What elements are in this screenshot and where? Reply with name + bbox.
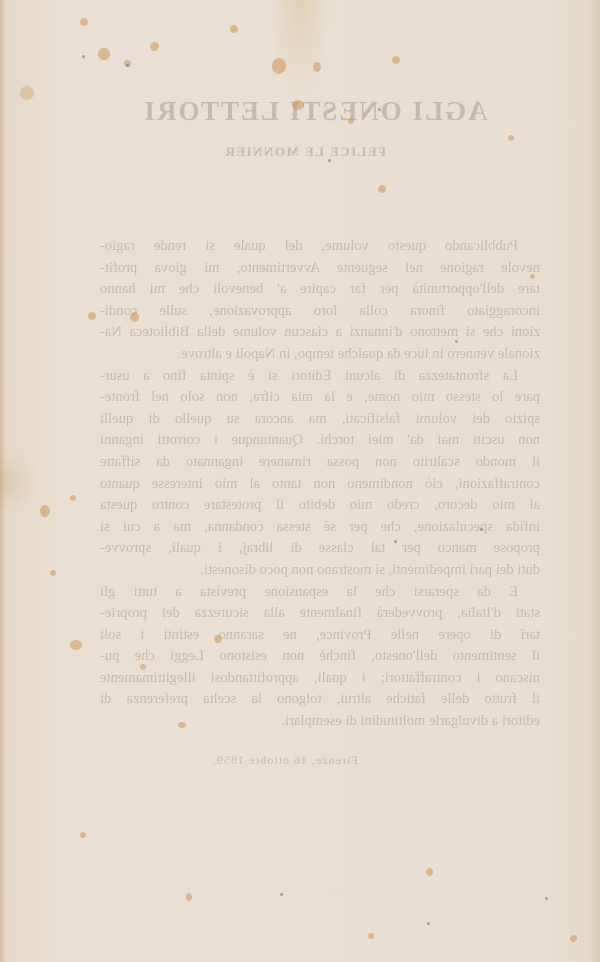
bleed-line: propose manco per tal classe di libraj, … xyxy=(100,538,540,560)
speck xyxy=(328,159,331,162)
speck xyxy=(427,922,430,925)
speck xyxy=(394,540,397,543)
foxing-spot xyxy=(70,495,76,501)
bleed-subtitle: FELICE LE MONNIER xyxy=(100,144,540,160)
bleed-line: il sentimento dell'onesto, finchè non es… xyxy=(100,646,540,668)
bleed-line: incoraggiato finora colla loro approvazi… xyxy=(100,301,540,323)
foxing-spot xyxy=(530,274,535,279)
bleed-line: contraffazioni, ciò nondimeno non tanto … xyxy=(100,474,540,496)
bleed-line: tarî di opere nelle Province, ne saranno… xyxy=(100,625,540,647)
foxing-spot xyxy=(292,100,304,110)
foxing-spot xyxy=(508,135,514,141)
page-left-edge-stain xyxy=(0,0,6,962)
foxing-spot xyxy=(392,56,400,64)
speck xyxy=(82,55,85,58)
bleed-line: niscano i contraffattori; i quali, appro… xyxy=(100,668,540,690)
foxing-spot xyxy=(378,185,386,193)
foxing-spot xyxy=(130,312,139,322)
bleed-line: zionale vennero in luce da qualche tempo… xyxy=(100,344,540,366)
foxing-spot xyxy=(40,505,50,517)
bleed-line: Pubblicando questo volume, del quale si … xyxy=(100,236,540,258)
bleed-line: zioni che si mettono d'innanzi a ciascun… xyxy=(100,322,540,344)
bleed-signature: Firenze, 16 ottobre 1859. xyxy=(100,753,540,768)
bleed-line: infida speculazione, che per sé stessa c… xyxy=(100,517,540,539)
bleed-title: AGLI ONESTI LETTORI xyxy=(100,96,540,126)
bleed-line: spizio dei volumi falsificati, ma ancora… xyxy=(100,409,540,431)
foxing-spot xyxy=(214,635,222,643)
bleed-line: nevole ragione nel seguente Avvertimento… xyxy=(100,258,540,280)
foxing-spot xyxy=(348,118,354,124)
foxing-spot xyxy=(313,62,321,72)
foxing-spot xyxy=(88,312,96,320)
bleed-line: pare lo stesso mio nome, e la mia cifra,… xyxy=(100,387,540,409)
speck xyxy=(545,897,548,900)
bleed-body: Pubblicando questo volume, del quale si … xyxy=(100,236,540,733)
foxing-spot xyxy=(80,832,86,838)
bleed-line: il mondo scaltrito non possa rimanere in… xyxy=(100,452,540,474)
foxing-spot xyxy=(50,570,56,576)
bleed-line: al mio decoro, credo mio debito il prote… xyxy=(100,495,540,517)
bleed-line: stati d'Italia, provvederà finalmente al… xyxy=(100,603,540,625)
bleed-line: tare dell'opportunità per far capire a' … xyxy=(100,279,540,301)
foxing-spot xyxy=(272,58,286,74)
bleed-line: La sfrontatezza di alcuni Editori si è s… xyxy=(100,366,540,388)
bleed-line: non usciti mai da' miei torchi. Quantunq… xyxy=(100,430,540,452)
speck xyxy=(280,893,283,896)
foxing-spot xyxy=(150,42,159,51)
bleed-line: duti dei pari impedimenti, si mostrano n… xyxy=(100,560,540,582)
bleed-line: editori a divulgarle moltitudini di esem… xyxy=(100,711,540,733)
scanned-page: AGLI ONESTI LETTORI FELICE LE MONNIER Pu… xyxy=(0,0,600,962)
speck xyxy=(480,528,483,531)
foxing-spot xyxy=(20,86,34,100)
foxing-spot xyxy=(178,722,186,728)
speck xyxy=(455,340,458,343)
foxing-spot xyxy=(230,25,238,33)
bleed-line: il frutto delle fatiche altrui, tolgono … xyxy=(100,689,540,711)
foxing-spot xyxy=(70,640,82,650)
foxing-spot xyxy=(570,935,577,942)
speck xyxy=(378,108,381,111)
foxing-spot xyxy=(98,48,110,60)
foxing-spot xyxy=(186,893,192,901)
mirrored-bleed-through-text: AGLI ONESTI LETTORI FELICE LE MONNIER Pu… xyxy=(100,96,540,768)
speck xyxy=(126,64,129,67)
foxing-spot xyxy=(140,664,146,670)
foxing-spot xyxy=(426,868,433,876)
foxing-spot xyxy=(80,18,88,26)
bleed-line: E da sperarsi che la espansione prevista… xyxy=(100,582,540,604)
page-right-edge xyxy=(590,0,600,962)
foxing-spot xyxy=(368,933,374,939)
